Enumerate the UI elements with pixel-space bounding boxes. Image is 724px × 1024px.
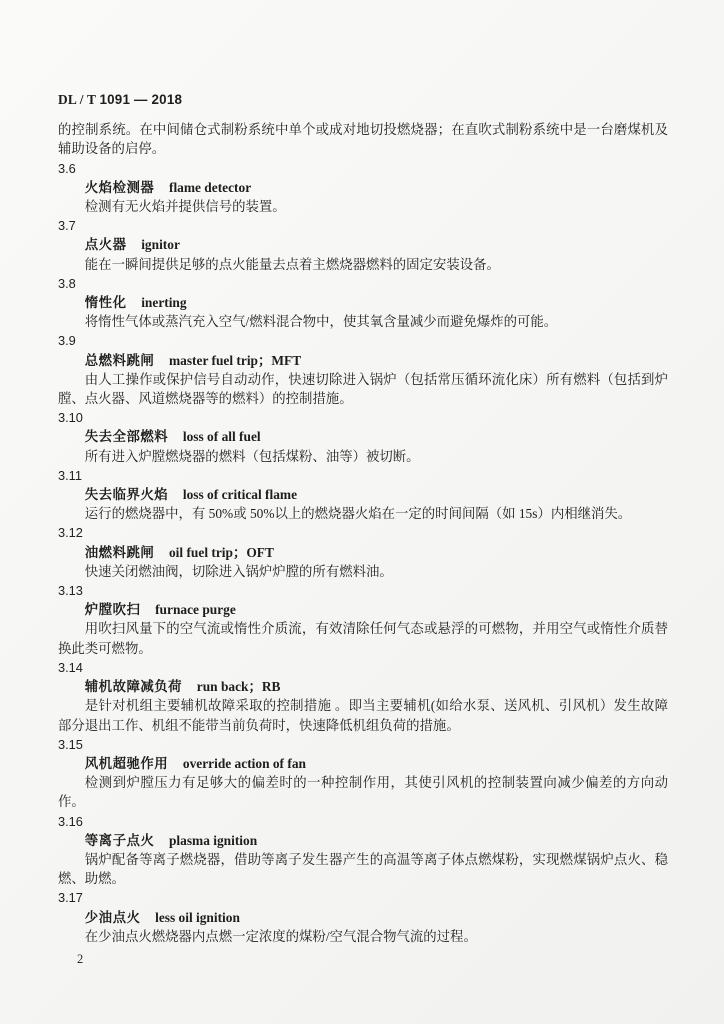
standard-code-number: 1091 — 2018 <box>100 92 183 107</box>
term-section: 3.11 失去临界火焰loss of critical flame 运行的燃烧器… <box>58 466 668 524</box>
section-number: 3.10 <box>58 408 668 427</box>
section-number: 3.13 <box>58 581 668 600</box>
term-heading: 点火器ignitor <box>58 235 668 254</box>
term-definition: 检测有无火焰并提供信号的装置。 <box>58 197 668 216</box>
term-chinese: 火焰检测器 <box>85 180 154 195</box>
term-section: 3.15 风机超驰作用override action of fan 检测到炉膛压… <box>58 735 668 812</box>
term-heading: 惰性化inerting <box>58 293 668 312</box>
term-chinese: 风机超驰作用 <box>85 756 168 771</box>
term-heading: 风机超驰作用override action of fan <box>58 754 668 773</box>
term-definition: 在少油点火燃烧器内点燃一定浓度的煤粉/空气混合物气流的过程。 <box>58 927 668 946</box>
term-chinese: 总燃料跳闸 <box>85 353 154 368</box>
term-section: 3.16 等离子点火plasma ignition 锅炉配备等离子燃烧器，借助等… <box>58 812 668 889</box>
term-heading: 失去全部燃料loss of all fuel <box>58 427 668 446</box>
document-page: DL / T 1091 — 2018 的控制系统。在中间储仓式制粉系统中单个或成… <box>0 0 724 1024</box>
section-number: 3.9 <box>58 331 668 350</box>
term-definition: 由人工操作或保护信号自动动作，快速切除进入锅炉（包括常压循环流化床）所有燃料（包… <box>58 370 668 408</box>
section-number: 3.12 <box>58 523 668 542</box>
term-section: 3.13 炉膛吹扫furnace purge 用吹扫风量下的空气流或惰性介质流，… <box>58 581 668 658</box>
term-chinese: 炉膛吹扫 <box>85 602 141 617</box>
term-english: loss of critical flame <box>183 487 297 502</box>
term-chinese: 失去临界火焰 <box>85 487 168 502</box>
term-definition: 快速关闭燃油阀，切除进入锅炉炉膛的所有燃料油。 <box>58 562 668 581</box>
term-definition: 所有进入炉膛燃烧器的燃料（包括煤粉、油等）被切断。 <box>58 447 668 466</box>
section-number: 3.8 <box>58 274 668 293</box>
term-definition: 将惰性气体或蒸汽充入空气/燃料混合物中，使其氧含量减少而避免爆炸的可能。 <box>58 312 668 331</box>
term-chinese: 辅机故障减负荷 <box>85 679 182 694</box>
term-section: 3.6 火焰检测器flame detector 检测有无火焰并提供信号的装置。 <box>58 159 668 217</box>
term-chinese: 惰性化 <box>85 295 127 310</box>
term-definition: 检测到炉膛压力有足够大的偏差时的一种控制作用，其使引风机的控制装置向减少偏差的方… <box>58 773 668 811</box>
section-number: 3.6 <box>58 159 668 178</box>
term-english: override action of fan <box>183 756 306 771</box>
term-heading: 火焰检测器flame detector <box>58 178 668 197</box>
term-definition: 锅炉配备等离子燃烧器，借助等离子发生器产生的高温等离子体点燃煤粉，实现燃煤锅炉点… <box>58 850 668 888</box>
term-heading: 失去临界火焰loss of critical flame <box>58 485 668 504</box>
term-heading: 辅机故障减负荷run back；RB <box>58 677 668 696</box>
term-english: less oil ignition <box>155 910 240 925</box>
term-chinese: 点火器 <box>85 237 127 252</box>
term-english: inerting <box>141 295 186 310</box>
page-number: 2 <box>58 950 668 969</box>
standard-code-prefix: DL / T <box>58 92 96 107</box>
term-section: 3.9 总燃料跳闸master fuel trip；MFT 由人工操作或保护信号… <box>58 331 668 408</box>
term-english: oil fuel trip；OFT <box>169 545 274 560</box>
term-section: 3.7 点火器ignitor 能在一瞬间提供足够的点火能量去点着主燃烧器燃料的固… <box>58 216 668 274</box>
term-english: furnace purge <box>155 602 236 617</box>
section-number: 3.7 <box>58 216 668 235</box>
intro-paragraph: 的控制系统。在中间储仓式制粉系统中单个或成对地切投燃烧器；在直吹式制粉系统中是一… <box>58 120 668 158</box>
term-chinese: 失去全部燃料 <box>85 429 168 444</box>
section-number: 3.11 <box>58 466 668 485</box>
term-heading: 炉膛吹扫furnace purge <box>58 600 668 619</box>
term-english: ignitor <box>141 237 180 252</box>
term-section: 3.12 油燃料跳闸oil fuel trip；OFT 快速关闭燃油阀，切除进入… <box>58 523 668 581</box>
term-english: run back；RB <box>197 679 281 694</box>
term-definition: 用吹扫风量下的空气流或惰性介质流，有效清除任何气态或悬浮的可燃物，并用空气或惰性… <box>58 619 668 657</box>
term-english: flame detector <box>169 180 251 195</box>
term-english: loss of all fuel <box>183 429 261 444</box>
term-heading: 油燃料跳闸oil fuel trip；OFT <box>58 543 668 562</box>
term-chinese: 油燃料跳闸 <box>85 545 154 560</box>
section-number: 3.15 <box>58 735 668 754</box>
term-english: plasma ignition <box>169 833 257 848</box>
section-number: 3.17 <box>58 888 668 907</box>
term-section: 3.10 失去全部燃料loss of all fuel 所有进入炉膛燃烧器的燃料… <box>58 408 668 466</box>
term-section: 3.8 惰性化inerting 将惰性气体或蒸汽充入空气/燃料混合物中，使其氧含… <box>58 274 668 332</box>
term-chinese: 等离子点火 <box>85 833 154 848</box>
term-sections-container: 3.6 火焰检测器flame detector 检测有无火焰并提供信号的装置。 … <box>58 159 668 946</box>
section-number: 3.16 <box>58 812 668 831</box>
term-heading: 等离子点火plasma ignition <box>58 831 668 850</box>
term-heading: 少油点火less oil ignition <box>58 908 668 927</box>
term-chinese: 少油点火 <box>85 910 141 925</box>
term-heading: 总燃料跳闸master fuel trip；MFT <box>58 351 668 370</box>
term-definition: 运行的燃烧器中，有 50%或 50%以上的燃烧器火焰在一定的时间间隔（如 15s… <box>58 504 668 523</box>
document-header: DL / T 1091 — 2018 <box>58 90 668 109</box>
term-section: 3.17 少油点火less oil ignition 在少油点火燃烧器内点燃一定… <box>58 888 668 946</box>
term-definition: 能在一瞬间提供足够的点火能量去点着主燃烧器燃料的固定安装设备。 <box>58 255 668 274</box>
section-number: 3.14 <box>58 658 668 677</box>
term-section: 3.14 辅机故障减负荷run back；RB 是针对机组主要辅机故障采取的控制… <box>58 658 668 735</box>
term-english: master fuel trip；MFT <box>169 353 301 368</box>
term-definition: 是针对机组主要辅机故障采取的控制措施 。即当主要辅机(如给水泵、送风机、引风机）… <box>58 696 668 734</box>
